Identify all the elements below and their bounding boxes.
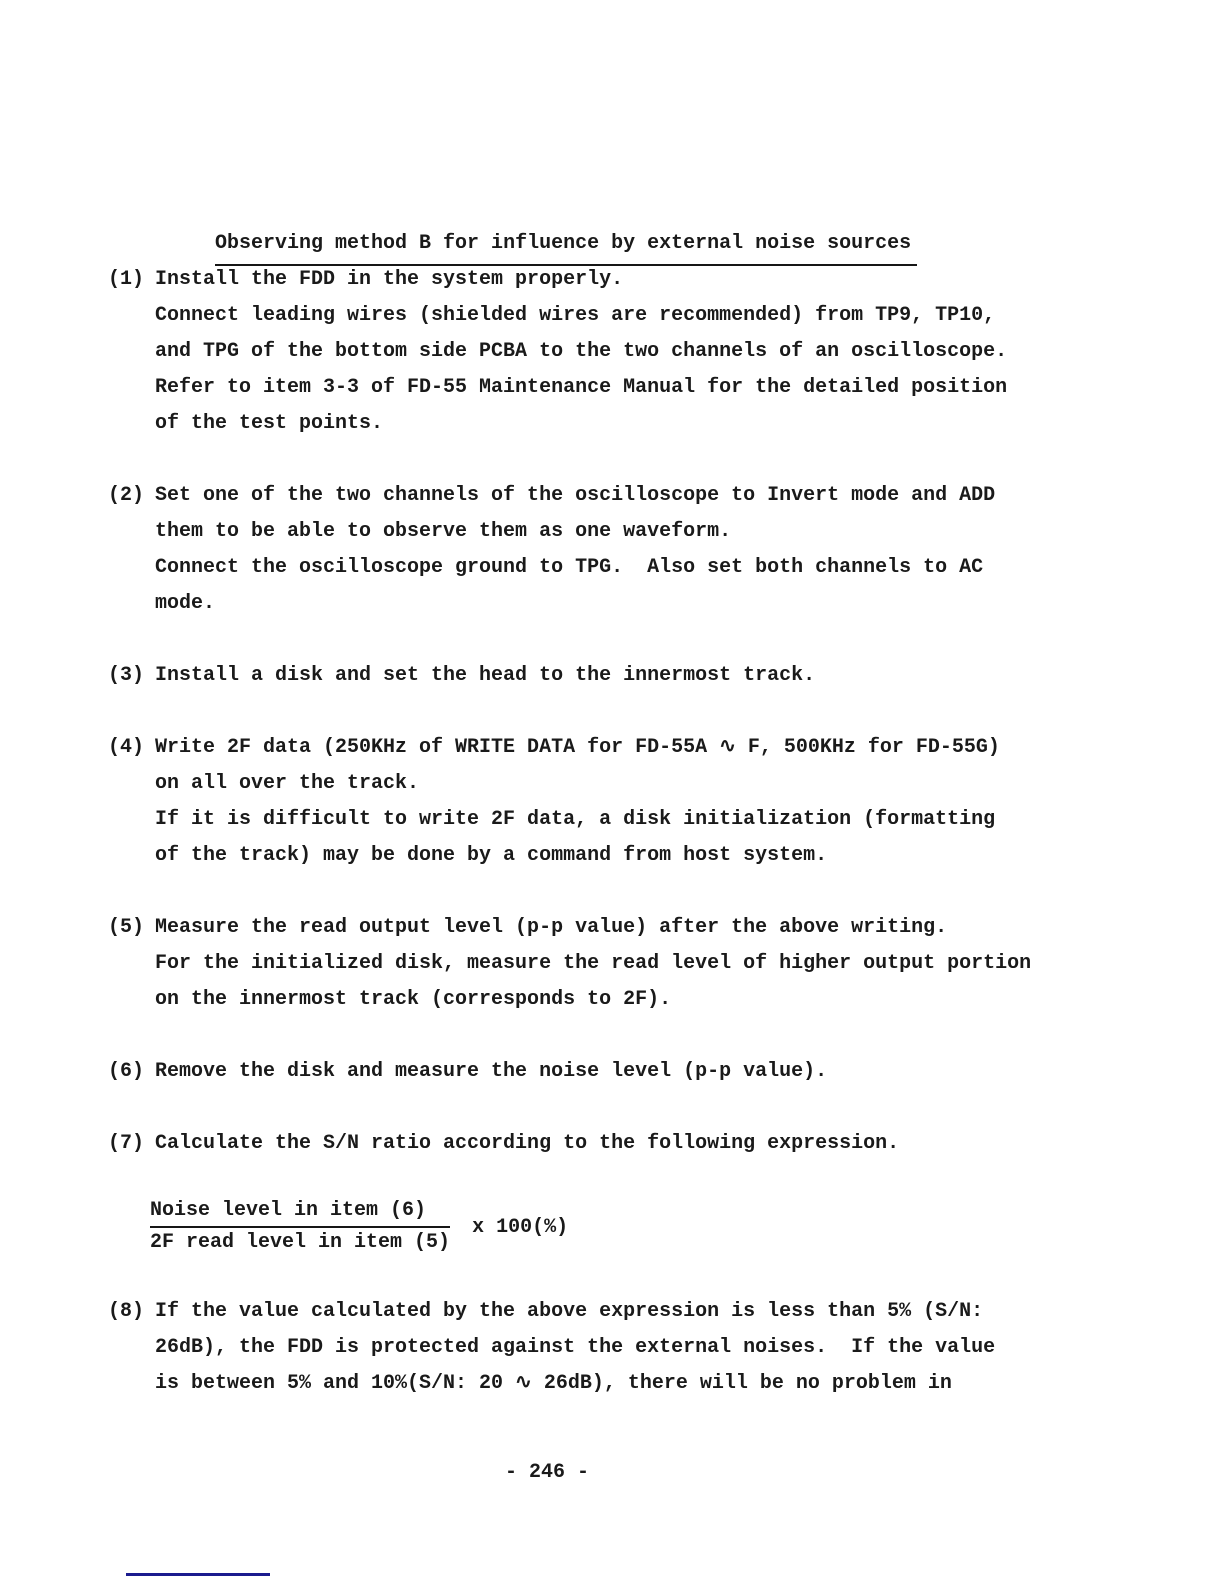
item-line: Connect leading wires (shielded wires ar… (155, 298, 1108, 334)
numbered-item-6: (6) Remove the disk and measure the nois… (108, 1054, 1108, 1090)
item-line: Set one of the two channels of the oscil… (155, 478, 1108, 514)
item-text: Calculate the S/N ratio according to the… (155, 1126, 1108, 1162)
item-text: If the value calculated by the above exp… (155, 1294, 1108, 1402)
item-line: For the initialized disk, measure the re… (155, 946, 1108, 982)
item-line: on all over the track. (155, 766, 1108, 802)
numbered-item-5: (5) Measure the read output level (p-p v… (108, 910, 1108, 1018)
blue-ink-line (126, 1573, 270, 1576)
item-number: (1) (108, 262, 155, 442)
item-number: (6) (108, 1054, 155, 1090)
formula-denominator: 2F read level in item (5) (150, 1228, 450, 1256)
numbered-item-7: (7) Calculate the S/N ratio according to… (108, 1126, 1108, 1162)
item-line: Install a disk and set the head to the i… (155, 658, 1108, 694)
item-line: If it is difficult to write 2F data, a d… (155, 802, 1108, 838)
item-number: (2) (108, 478, 155, 622)
item-text: Set one of the two channels of the oscil… (155, 478, 1108, 622)
numbered-item-1: (1) Install the FDD in the system proper… (108, 262, 1108, 442)
item-number: (8) (108, 1294, 155, 1402)
formula-fraction: Noise level in item (6) 2F read level in… (150, 1198, 450, 1256)
item-line: on the innermost track (corresponds to 2… (155, 982, 1108, 1018)
item-text: Remove the disk and measure the noise le… (155, 1054, 1108, 1090)
item-line: of the test points. (155, 406, 1108, 442)
numbered-item-2: (2) Set one of the two channels of the o… (108, 478, 1108, 622)
item-number: (7) (108, 1126, 155, 1162)
section-heading: Observing method B for influence by exte… (215, 226, 917, 266)
item-line: Remove the disk and measure the noise le… (155, 1054, 1108, 1090)
scanned-manual-page: Observing method B for influence by exte… (0, 0, 1224, 1584)
item-number: (3) (108, 658, 155, 694)
item-text: Install a disk and set the head to the i… (155, 658, 1108, 694)
numbered-item-3: (3) Install a disk and set the head to t… (108, 658, 1108, 694)
item-text: Install the FDD in the system properly. … (155, 262, 1108, 442)
item-number: (4) (108, 730, 155, 874)
item-line: Refer to item 3-3 of FD-55 Maintenance M… (155, 370, 1108, 406)
numbered-item-4: (4) Write 2F data (250KHz of WRITE DATA … (108, 730, 1108, 874)
item-line: Write 2F data (250KHz of WRITE DATA for … (155, 730, 1108, 766)
sn-ratio-formula: Noise level in item (6) 2F read level in… (150, 1198, 1108, 1256)
item-line: of the track) may be done by a command f… (155, 838, 1108, 874)
item-text: Write 2F data (250KHz of WRITE DATA for … (155, 730, 1108, 874)
page-number: - 246 - (505, 1455, 589, 1491)
item-number: (5) (108, 910, 155, 1018)
formula-numerator: Noise level in item (6) (150, 1198, 450, 1228)
item-line: is between 5% and 10%(S/N: 20 ∿ 26dB), t… (155, 1366, 1108, 1402)
item-text: Measure the read output level (p-p value… (155, 910, 1108, 1018)
item-line: Install the FDD in the system properly. (155, 262, 1108, 298)
item-line: them to be able to observe them as one w… (155, 514, 1108, 550)
formula-multiplier: x 100(%) (472, 1216, 568, 1239)
item-line: Calculate the S/N ratio according to the… (155, 1126, 1108, 1162)
item-line: and TPG of the bottom side PCBA to the t… (155, 334, 1108, 370)
numbered-item-8: (8) If the value calculated by the above… (108, 1294, 1108, 1402)
page-content: Observing method B for influence by exte… (108, 190, 1108, 1438)
item-line: Measure the read output level (p-p value… (155, 910, 1108, 946)
section-heading-row: Observing method B for influence by exte… (143, 190, 1108, 226)
item-line: If the value calculated by the above exp… (155, 1294, 1108, 1330)
item-line: mode. (155, 586, 1108, 622)
item-line: 26dB), the FDD is protected against the … (155, 1330, 1108, 1366)
item-line: Connect the oscilloscope ground to TPG. … (155, 550, 1108, 586)
